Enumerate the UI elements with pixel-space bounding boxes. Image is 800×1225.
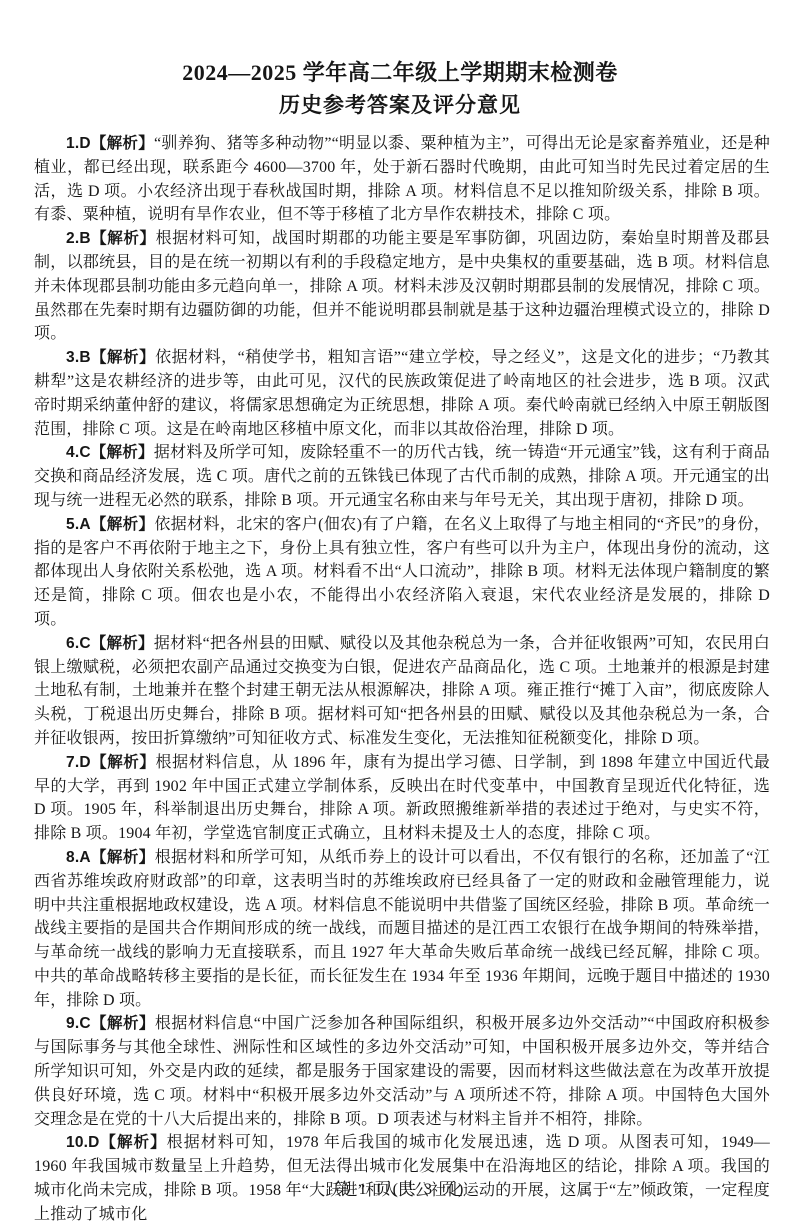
answer-item-3: 3.B【解析】依据材料，“稍使学书，粗知言语”“建立学校，导之经义”，这是文化的… bbox=[34, 346, 770, 441]
analysis-label: 【解析】 bbox=[91, 635, 154, 652]
analysis-label: 【解析】 bbox=[91, 516, 155, 533]
answer-item-7: 7.D【解析】根据材料信息，从 1896 年，康有为提出学习德、日学制，到 18… bbox=[34, 751, 770, 846]
item-number-answer: 2.B bbox=[66, 230, 91, 247]
page-subtitle: 历史参考答案及评分意见 bbox=[0, 92, 800, 120]
answers-content: 1.D【解析】“驯养狗、猪等多种动物”“明显以黍、粟种植为主”，可得出无论是家畜… bbox=[0, 132, 800, 1225]
page-footer: 第 1 页(共 3 页) bbox=[0, 1176, 800, 1199]
answer-item-8: 8.A【解析】根据材料和所学可知，从纸币券上的设计可以看出，不仅有银行的名称，还… bbox=[34, 846, 770, 1013]
item-number-answer: 6.C bbox=[66, 635, 91, 652]
item-number-answer: 3.B bbox=[66, 349, 91, 366]
answer-item-2: 2.B【解析】根据材料可知，战国时期郡的功能主要是军事防御，巩固边防，秦始皇时期… bbox=[34, 227, 770, 346]
analysis-label: 【解析】 bbox=[91, 230, 156, 247]
item-number-answer: 9.C bbox=[66, 1015, 91, 1032]
analysis-label: 【解析】 bbox=[91, 444, 154, 461]
analysis-label: 【解析】 bbox=[91, 349, 155, 366]
item-analysis-text: 根据材料和所学可知，从纸币券上的设计可以看出，不仅有银行的名称，还加盖了“江西省… bbox=[34, 849, 770, 1009]
item-number-answer: 7.D bbox=[66, 754, 91, 771]
analysis-label: 【解析】 bbox=[91, 1015, 155, 1032]
item-number-answer: 1.D bbox=[66, 135, 91, 152]
analysis-label: 【解析】 bbox=[91, 754, 156, 771]
answer-item-4: 4.C【解析】据材料及所学可知，废除轻重不一的历代古钱，统一铸造“开元通宝”钱，… bbox=[34, 441, 770, 512]
analysis-label: 【解析】 bbox=[91, 849, 155, 866]
analysis-label: 【解析】 bbox=[91, 135, 154, 152]
item-number-answer: 10.D bbox=[66, 1134, 100, 1151]
analysis-label: 【解析】 bbox=[100, 1134, 167, 1151]
document-page: 2024—2025 学年高二年级上学期期末检测卷 历史参考答案及评分意见 1.D… bbox=[0, 0, 800, 1225]
page-title: 2024—2025 学年高二年级上学期期末检测卷 bbox=[0, 58, 800, 88]
item-number-answer: 4.C bbox=[66, 444, 91, 461]
answer-item-5: 5.A【解析】依据材料，北宋的客户(佃农)有了户籍，在名义上取得了与地主相同的“… bbox=[34, 513, 770, 632]
answer-item-6: 6.C【解析】据材料“把各州县的田赋、赋役以及其他杂税总为一条，合并征收银两”可… bbox=[34, 632, 770, 751]
item-number-answer: 5.A bbox=[66, 516, 91, 533]
item-number-answer: 8.A bbox=[66, 849, 91, 866]
answer-item-9: 9.C【解析】根据材料信息“中国广泛参加各种国际组织，积极开展多边外交活动”“中… bbox=[34, 1012, 770, 1131]
answer-item-1: 1.D【解析】“驯养狗、猪等多种动物”“明显以黍、粟种植为主”，可得出无论是家畜… bbox=[34, 132, 770, 227]
